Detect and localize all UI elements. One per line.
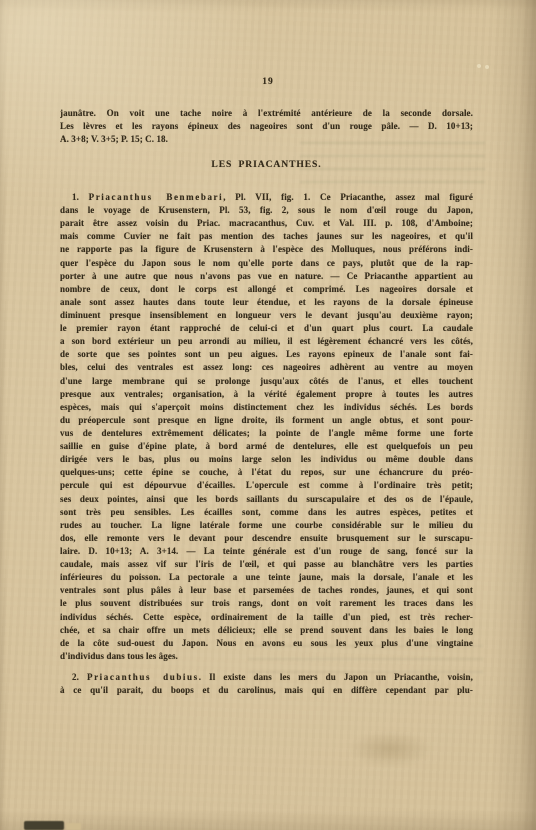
- text-line: dans le voyage de Krusenstern, Pl. 53, f…: [60, 204, 473, 217]
- text-line: nombre de ceux, dont le corps est allong…: [60, 283, 473, 296]
- text-line: ne rapporte pas la figure de Krusenstern…: [60, 243, 473, 256]
- text-line: percule qui est dépourvue d'écailles. L'…: [60, 479, 473, 492]
- paragraph-continuation: jaunâtre. On voit une tache noire à l'ex…: [60, 107, 473, 146]
- text-line: bles, celui des ventrales est assez long…: [60, 361, 473, 374]
- text-line: le plus souvent distribuées sur trois ra…: [60, 597, 473, 610]
- text-line: jaunâtre. On voit une tache noire à l'ex…: [60, 107, 473, 120]
- text-line: chée, et sa chair offre un mets délicieu…: [60, 624, 473, 637]
- scan-edge-mark: [24, 821, 64, 830]
- paragraph-1-priacanthus-benmebari: 1. Priacanthus Benmebari, Pl. VII, fig. …: [60, 191, 473, 663]
- text-line: mais comme Cuvier ne fait pas mention de…: [60, 230, 473, 243]
- text-line: espèces, mais qui s'aperçoit moins disti…: [60, 401, 473, 414]
- paper-specks: [477, 64, 491, 72]
- text-line: le premier rayon étant rapproché de celu…: [60, 322, 473, 335]
- text-line: 2. Priacanthus dubius. Il existe dans le…: [60, 671, 473, 684]
- text-line: rudes au toucher. La ligne latérale form…: [60, 519, 473, 532]
- paragraph-2-priacanthus-dubius: 2. Priacanthus dubius. Il existe dans le…: [60, 671, 473, 697]
- text-line: d'individus dans tous les âges.: [60, 650, 473, 663]
- text-line: ventrales sont plus pâles à leur base et…: [60, 584, 473, 597]
- text-line: individus séchés. Cette espèce, ordinair…: [60, 611, 473, 624]
- text-line: dirigée vers le bas, plus ou moins large…: [60, 453, 473, 466]
- text-line: A. 3+8; V. 3+5; P. 15; C. 18.: [60, 133, 473, 146]
- text-line: laire. D. 10+13; A. 3+14. — La teinte gé…: [60, 545, 473, 558]
- text-line: parait être assez voisin du Priac. macra…: [60, 217, 473, 230]
- paper-stain: [348, 731, 432, 767]
- text-line: vus de dentelures extrêmement délicates;…: [60, 427, 473, 440]
- text-line: caudale, mais assez vif sur l'iris de l'…: [60, 558, 473, 571]
- text-line: de la côte sud-ouest du Japon. Nous en a…: [60, 637, 473, 650]
- text-line: quer l'espèce du Japon sous le nom qu'el…: [60, 257, 473, 270]
- text-line: de sorte que ses pointes sont un peu aig…: [60, 348, 473, 361]
- text-line: du préopercule sont presque en ligne dro…: [60, 414, 473, 427]
- section-heading: LES PRIACANTHES.: [60, 159, 473, 170]
- species-name: Priacanthus Benmebari: [89, 192, 224, 202]
- text-line: Les lèvres et les rayons épineux des nag…: [60, 120, 473, 133]
- text-line: porter à une autre que nous n'avons pas …: [60, 270, 473, 283]
- page-number: 19: [0, 77, 536, 87]
- text-line: inférieures du poisson. La pectorale a u…: [60, 571, 473, 584]
- text-line: sont très peu sensibles. Les écailles so…: [60, 506, 473, 519]
- text-line: quelques-uns; cette épine se couche, à l…: [60, 466, 473, 479]
- text-line: d'une large membrane qui se prolonge jus…: [60, 375, 473, 388]
- text-line: presque aux ventrales; organisation, à l…: [60, 388, 473, 401]
- text-line: diminuent presque insensiblement en long…: [60, 309, 473, 322]
- text-line: ses deux pointes, ainsi que les bords sa…: [60, 493, 473, 506]
- text-line: anale sont assez hautes dans toute leur …: [60, 296, 473, 309]
- scan-edge-mark-light: [66, 823, 81, 830]
- text-line: a son bord extérieur un peu arrondi au m…: [60, 335, 473, 348]
- scanned-book-page: 19 jaunâtre. On voit une tache noire à l…: [0, 0, 536, 830]
- text-line: à ce qu'il parait, du boops et du caroli…: [60, 684, 473, 697]
- text-line: 1. Priacanthus Benmebari, Pl. VII, fig. …: [60, 191, 473, 204]
- text-line: saillie en guise d'épine plate, à bord a…: [60, 440, 473, 453]
- species-name: Priacanthus dubius: [87, 672, 199, 682]
- text-line: dos, elle remonte vers le devant pour de…: [60, 532, 473, 545]
